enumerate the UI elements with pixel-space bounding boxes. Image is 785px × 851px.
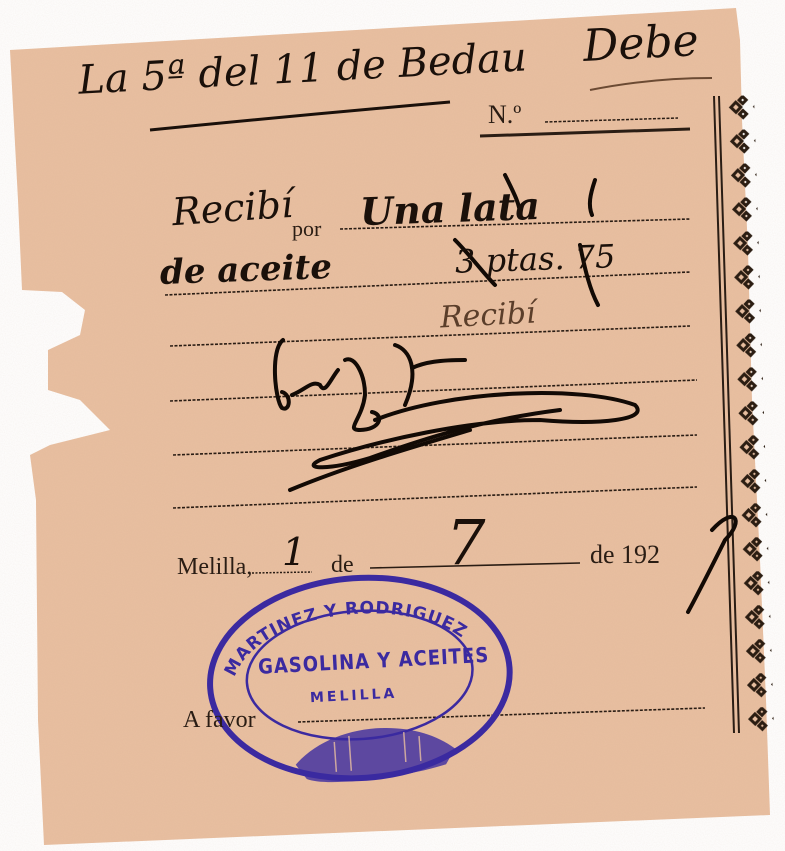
day-value[interactable]: 1 [282,530,306,574]
year-prefix-label: de 192 [590,540,660,570]
place-label: Melilla, [177,554,252,581]
debe-label: Debe [582,15,700,72]
line2-handwritten[interactable]: de aceite [159,247,332,293]
recibi-por-label: por [292,216,321,242]
recibi-handwritten: Recibí [171,182,295,234]
de-label: de [331,552,354,579]
stamp-text-layer: MARTINEZ Y RODRIGUEZ [0,0,785,851]
month-value[interactable]: 7 [446,506,485,579]
number-label: N.º [488,100,521,130]
line1-handwritten[interactable]: Una lata [359,183,540,234]
year-suffix-handwritten[interactable]: 9 [688,480,730,557]
line3-handwritten[interactable]: Recibí [439,296,536,336]
line2-amount[interactable]: 3 ptas. 75 [454,237,616,281]
favor-label: A favor [183,707,256,734]
